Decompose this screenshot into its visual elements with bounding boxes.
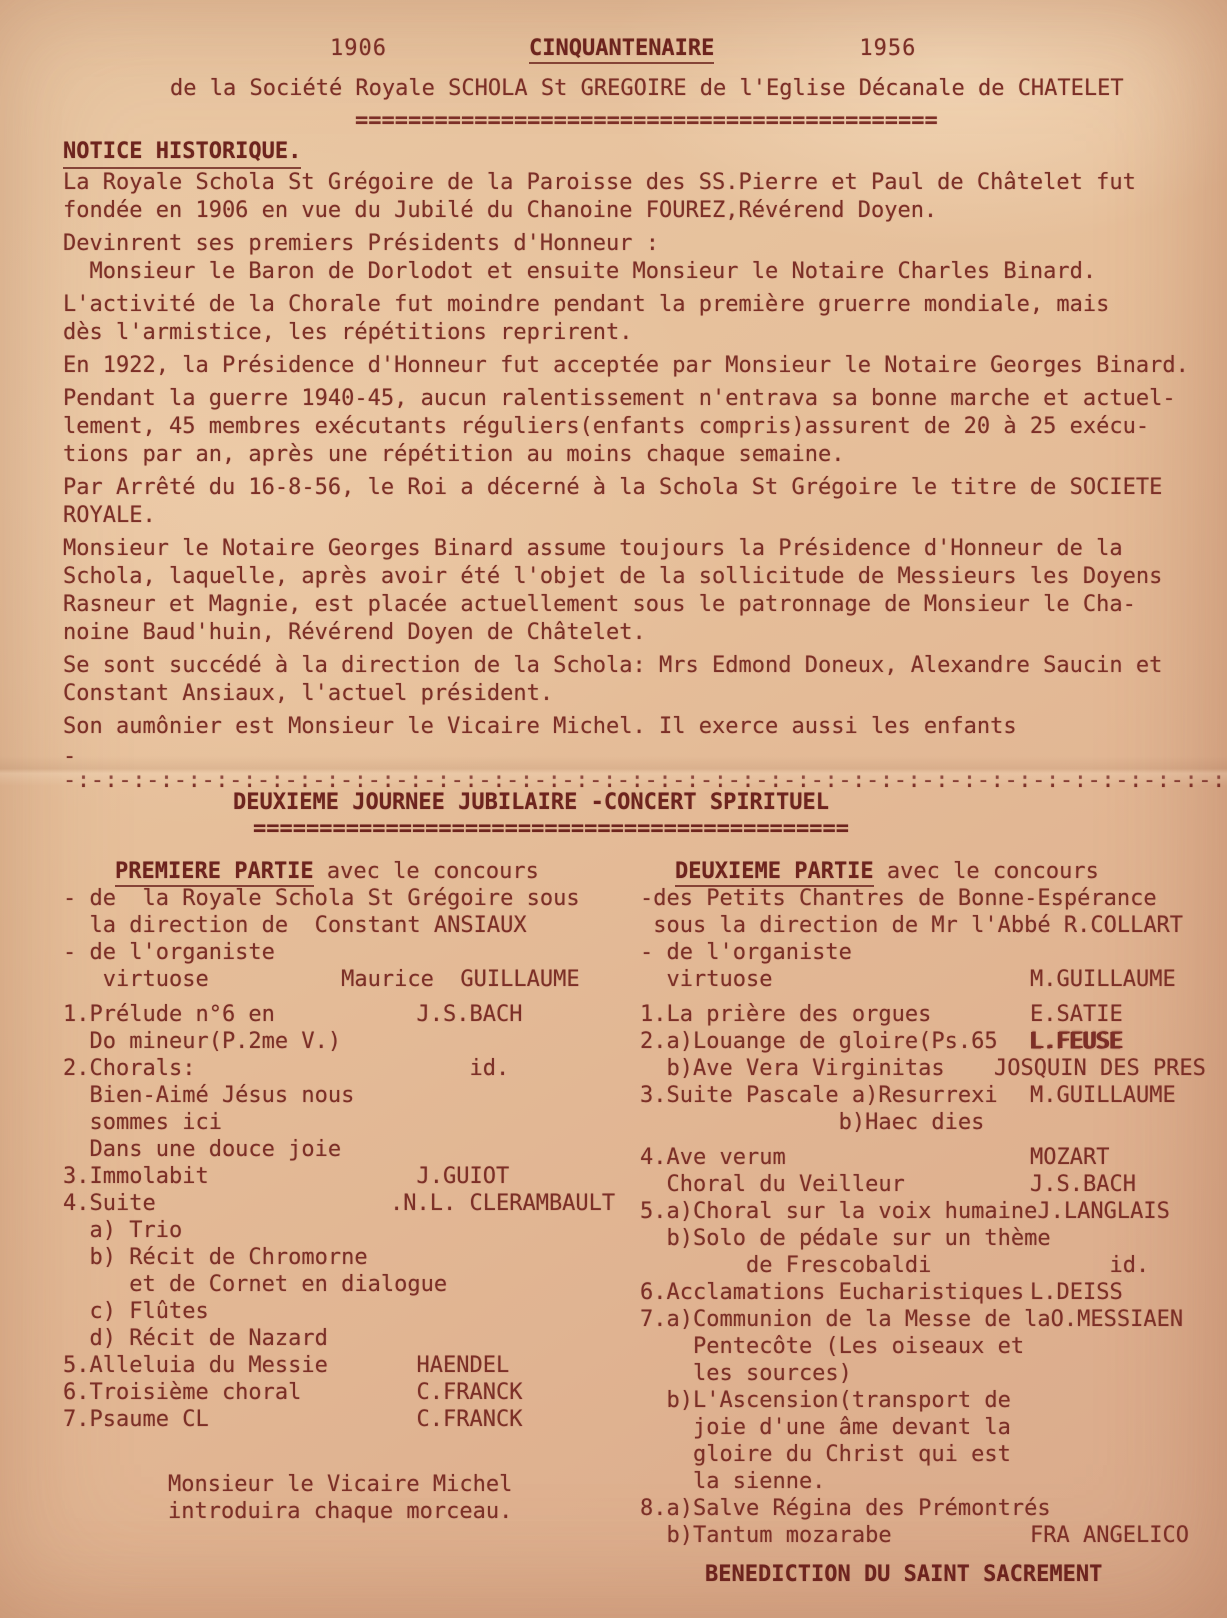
- program-piece: - de l'organiste: [640, 939, 1030, 966]
- part1-heading-rest: avec le concours: [314, 859, 539, 884]
- program-line: 6.Acclamations EucharistiquesL.DEISS: [640, 1279, 1217, 1306]
- program-line: 3.Immolabit J.GUIOT: [63, 1163, 640, 1190]
- program-piece: 2.a)Louange de gloire(Ps.65: [640, 1028, 1030, 1055]
- notice-paragraph: Son aumônier est Monsieur le Vicaire Mic…: [63, 713, 1193, 741]
- program-line: - de la Royale Schola St Grégoire sous: [63, 885, 640, 912]
- program-line: Bien-Aimé Jésus nous: [63, 1082, 640, 1109]
- concert-title-rule: ========================================…: [253, 816, 849, 842]
- program-composer: L.FEUSE: [1030, 1028, 1123, 1055]
- concert-title-block: DEUXIEME JOURNEE JUBILAIRE -CONCERT SPIR…: [233, 790, 849, 842]
- program-piece: joie d'une âme devant la: [640, 1414, 1030, 1441]
- subtitle: de la Société Royale SCHOLA St GREGOIRE …: [170, 76, 1124, 101]
- program-line: - de l'organiste: [63, 939, 640, 966]
- program-line: 7.Psaume CL C.FRANCK: [63, 1406, 640, 1433]
- program-composer: E.SATIE: [1030, 1001, 1123, 1028]
- program-column-left: PREMIERE PARTIE avec le concours - de la…: [63, 858, 640, 1588]
- program-piece: de Frescobaldi: [640, 1252, 1030, 1279]
- program-line: b)Tantum mozarabeFRA ANGELICO: [640, 1522, 1217, 1549]
- program-piece: la direction de Constant ANSIAUX: [63, 912, 527, 939]
- stray-dash: -: [63, 746, 1193, 768]
- program-line: 7.a)Communion de la Messe de laO.MESSIAE…: [640, 1306, 1217, 1333]
- program-line: 2.Chorals: id.: [63, 1055, 640, 1082]
- program-piece: 3.Immolabit: [63, 1163, 390, 1190]
- program-piece: 5.a)Choral sur la voix humaine: [640, 1198, 1037, 1225]
- program-composer: JOSQUIN DES PRES: [994, 1055, 1206, 1082]
- notice-paragraph: Monsieur le Notaire Georges Binard assum…: [63, 535, 1193, 647]
- main-title: CINQUANTENAIRE: [529, 36, 714, 64]
- program-composer: .N.L. CLERAMBAULT: [390, 1190, 615, 1217]
- program-line: b)Haec dies: [640, 1109, 1217, 1136]
- part1-rows: - de la Royale Schola St Grégoire sous l…: [63, 885, 640, 1433]
- program-line: 5.Alleluia du Messie HAENDEL: [63, 1352, 640, 1379]
- program-piece: virtuose: [640, 966, 1030, 993]
- program-line: Do mineur(P.2me V.): [63, 1028, 640, 1055]
- program-piece: 1.La prière des orgues: [640, 1001, 1030, 1028]
- part1-heading: PREMIERE PARTIE: [115, 859, 314, 887]
- program-piece: - de l'organiste: [63, 939, 390, 966]
- program-line: virtuoseM.GUILLAUME: [640, 966, 1217, 993]
- part2-heading: DEUXIEME PARTIE: [675, 859, 874, 887]
- program-line: b) Récit de Chromorne: [63, 1244, 640, 1271]
- benediction-footer: BENEDICTION DU SAINT SACREMENT: [640, 1561, 1217, 1588]
- notice-paragraphs: La Royale Schola St Grégoire de la Paroi…: [63, 169, 1193, 741]
- program-piece: Pentecôte (Les oiseaux et: [640, 1333, 1030, 1360]
- notice-paragraph: Se sont succédé à la direction de la Sch…: [63, 652, 1193, 708]
- program-line: 4.Ave verumMOZART: [640, 1144, 1217, 1171]
- program-line: 2.a)Louange de gloire(Ps.65L.FEUSE: [640, 1028, 1217, 1055]
- program-piece: 7.Psaume CL: [63, 1406, 390, 1433]
- program-line: la direction de Constant ANSIAUX: [63, 912, 640, 939]
- program-piece: 2.Chorals:: [63, 1055, 390, 1082]
- program-line: a) Trio: [63, 1217, 640, 1244]
- program-piece: 4.Ave verum: [640, 1144, 1030, 1171]
- program-piece: 7.a)Communion de la Messe de la: [640, 1306, 1051, 1333]
- program-piece: 8.a)Salve Régina des Prémontrés: [640, 1495, 1051, 1522]
- program-line: 3.Suite Pascale a)ResurrexiM.GUILLAUME: [640, 1082, 1217, 1109]
- program-line: de Frescobaldi id.: [640, 1252, 1217, 1279]
- notice-heading-line: NOTICE HISTORIQUE.: [63, 138, 1193, 169]
- program-piece: b)Solo de pédale sur un thème: [640, 1225, 1051, 1252]
- program-line: -des Petits Chantres de Bonne-Espérance: [640, 885, 1217, 912]
- part2-rows: -des Petits Chantres de Bonne-Espérance …: [640, 885, 1217, 1549]
- program-composer: C.FRANCK: [390, 1379, 522, 1406]
- program-piece: 5.Alleluia du Messie: [63, 1352, 390, 1379]
- program-piece: virtuose Maurice GUILLAUME: [63, 966, 580, 993]
- program-composer: J.LANGLAIS: [1037, 1198, 1169, 1225]
- program-line: b)Solo de pédale sur un thème: [640, 1225, 1217, 1252]
- program-line: la sienne.: [640, 1468, 1217, 1495]
- part1-heading-line: PREMIERE PARTIE avec le concours: [63, 858, 640, 885]
- header-years: 1906CINQUANTENAIRE1956: [63, 36, 916, 61]
- program-composer: HAENDEL: [390, 1352, 509, 1379]
- program-line: 8.a)Salve Régina des Prémontrés: [640, 1495, 1217, 1522]
- program-composer: O.MESSIAEN: [1051, 1306, 1183, 1333]
- part2-heading-rest: avec le concours: [874, 859, 1099, 884]
- program-piece: Bien-Aimé Jésus nous: [63, 1082, 390, 1109]
- notice-paragraph: L'activité de la Chorale fut moindre pen…: [63, 291, 1193, 347]
- notice-paragraph: Pendant la guerre 1940-45, aucun ralenti…: [63, 385, 1193, 469]
- program-line: sommes ici: [63, 1109, 640, 1136]
- program-piece: c) Flûtes: [63, 1298, 390, 1325]
- program-piece: b)L'Ascension(transport de: [640, 1387, 1030, 1414]
- program-piece: gloire du Christ qui est: [640, 1441, 1030, 1468]
- program-line: b)L'Ascension(transport de: [640, 1387, 1217, 1414]
- footer-line: introduira chaque morceau.: [168, 1498, 640, 1525]
- program-line: Dans une douce joie: [63, 1136, 640, 1163]
- program-line: gloire du Christ qui est: [640, 1441, 1217, 1468]
- program-composer: L.DEISS: [1030, 1279, 1123, 1306]
- program-line: 4.Suite.N.L. CLERAMBAULT: [63, 1190, 640, 1217]
- program-composer: MOZART: [1030, 1144, 1109, 1171]
- program-piece: b)Tantum mozarabe: [640, 1522, 1030, 1549]
- program-piece: la sienne.: [640, 1468, 1030, 1495]
- program-piece: 6.Acclamations Eucharistiques: [640, 1279, 1030, 1306]
- program-piece: 1.Prélude n°6 en: [63, 1001, 390, 1028]
- program-line: Pentecôte (Les oiseaux et: [640, 1333, 1217, 1360]
- program-piece: b)Ave Vera Virginitas: [640, 1055, 1030, 1082]
- program-piece: a) Trio: [63, 1217, 390, 1244]
- program-line: d) Récit de Nazard: [63, 1325, 640, 1352]
- footer-line: Monsieur le Vicaire Michel: [168, 1471, 640, 1498]
- program-piece: et de Cornet en dialogue: [63, 1271, 447, 1298]
- program-piece: 3.Suite Pascale a)Resurrexi: [640, 1082, 1030, 1109]
- program-composer: FRA ANGELICO: [1030, 1522, 1189, 1549]
- program-piece: b)Haec dies: [640, 1109, 1030, 1136]
- program-line: - de l'organiste: [640, 939, 1217, 966]
- program-piece: d) Récit de Nazard: [63, 1325, 390, 1352]
- program-piece: 4.Suite: [63, 1190, 390, 1217]
- left-footer: Monsieur le Vicaire Michelintroduira cha…: [63, 1471, 640, 1525]
- program-composer: M.GUILLAUME: [1030, 966, 1176, 993]
- program-piece: Do mineur(P.2me V.): [63, 1028, 390, 1055]
- notice-paragraph: La Royale Schola St Grégoire de la Paroi…: [63, 169, 1193, 225]
- program-line: b)Ave Vera VirginitasJOSQUIN DES PRES: [640, 1055, 1217, 1082]
- program-piece: sous la direction de Mr l'Abbé R.COLLART: [640, 912, 1183, 939]
- notice-paragraph: Par Arrêté du 16-8-56, le Roi a décerné …: [63, 474, 1193, 530]
- notice-paragraph: En 1922, la Présidence d'Honneur fut acc…: [63, 352, 1193, 380]
- program-columns: PREMIERE PARTIE avec le concours - de la…: [63, 858, 1217, 1588]
- program-line: 6.Troisième choral C.FRANCK: [63, 1379, 640, 1406]
- program-composer: id.: [1030, 1252, 1149, 1279]
- program-line: joie d'une âme devant la: [640, 1414, 1217, 1441]
- program-line: virtuose Maurice GUILLAUME: [63, 966, 640, 993]
- program-line: 5.a)Choral sur la voix humaineJ.LANGLAIS: [640, 1198, 1217, 1225]
- footer-line: BENEDICTION DU SAINT SACREMENT: [705, 1561, 1217, 1588]
- program-piece: Choral du Veilleur: [640, 1171, 1030, 1198]
- year-left: 1906: [330, 36, 387, 61]
- program-piece: 6.Troisième choral: [63, 1379, 390, 1406]
- program-piece: - de la Royale Schola St Grégoire sous: [63, 885, 580, 912]
- program-piece: b) Récit de Chromorne: [63, 1244, 390, 1271]
- program-piece: les sources): [640, 1360, 1030, 1387]
- notice-heading: NOTICE HISTORIQUE.: [63, 138, 301, 169]
- program-piece: -des Petits Chantres de Bonne-Espérance: [640, 885, 1157, 912]
- program-column-right: DEUXIEME PARTIE avec le concours -des Pe…: [640, 858, 1217, 1588]
- year-right: 1956: [859, 36, 916, 61]
- program-line: sous la direction de Mr l'Abbé R.COLLART: [640, 912, 1217, 939]
- notice-section: NOTICE HISTORIQUE. La Royale Schola St G…: [63, 138, 1193, 794]
- subtitle-rule: ========================================…: [355, 108, 938, 133]
- program-piece: sommes ici: [63, 1109, 390, 1136]
- program-line: c) Flûtes: [63, 1298, 640, 1325]
- concert-title: DEUXIEME JOURNEE JUBILAIRE -CONCERT SPIR…: [233, 790, 829, 815]
- program-composer: C.FRANCK: [390, 1406, 522, 1433]
- program-line: et de Cornet en dialogue: [63, 1271, 640, 1298]
- program-composer: id.: [390, 1055, 509, 1082]
- program-composer: M.GUILLAUME: [1030, 1082, 1176, 1109]
- program-composer: J.S.BACH: [390, 1001, 522, 1028]
- notice-paragraph: Devinrent ses premiers Présidents d'Honn…: [63, 230, 1193, 286]
- part2-heading-line: DEUXIEME PARTIE avec le concours: [640, 858, 1217, 885]
- program-line: les sources): [640, 1360, 1217, 1387]
- document-page: 1906CINQUANTENAIRE1956 de la Société Roy…: [0, 0, 1227, 1618]
- program-composer: J.GUIOT: [390, 1163, 509, 1190]
- program-piece: Dans une douce joie: [63, 1136, 390, 1163]
- program-line: 1.Prélude n°6 en J.S.BACH: [63, 1001, 640, 1028]
- program-line: Choral du VeilleurJ.S.BACH: [640, 1171, 1217, 1198]
- program-line: 1.La prière des orguesE.SATIE: [640, 1001, 1217, 1028]
- program-composer: J.S.BACH: [1030, 1171, 1136, 1198]
